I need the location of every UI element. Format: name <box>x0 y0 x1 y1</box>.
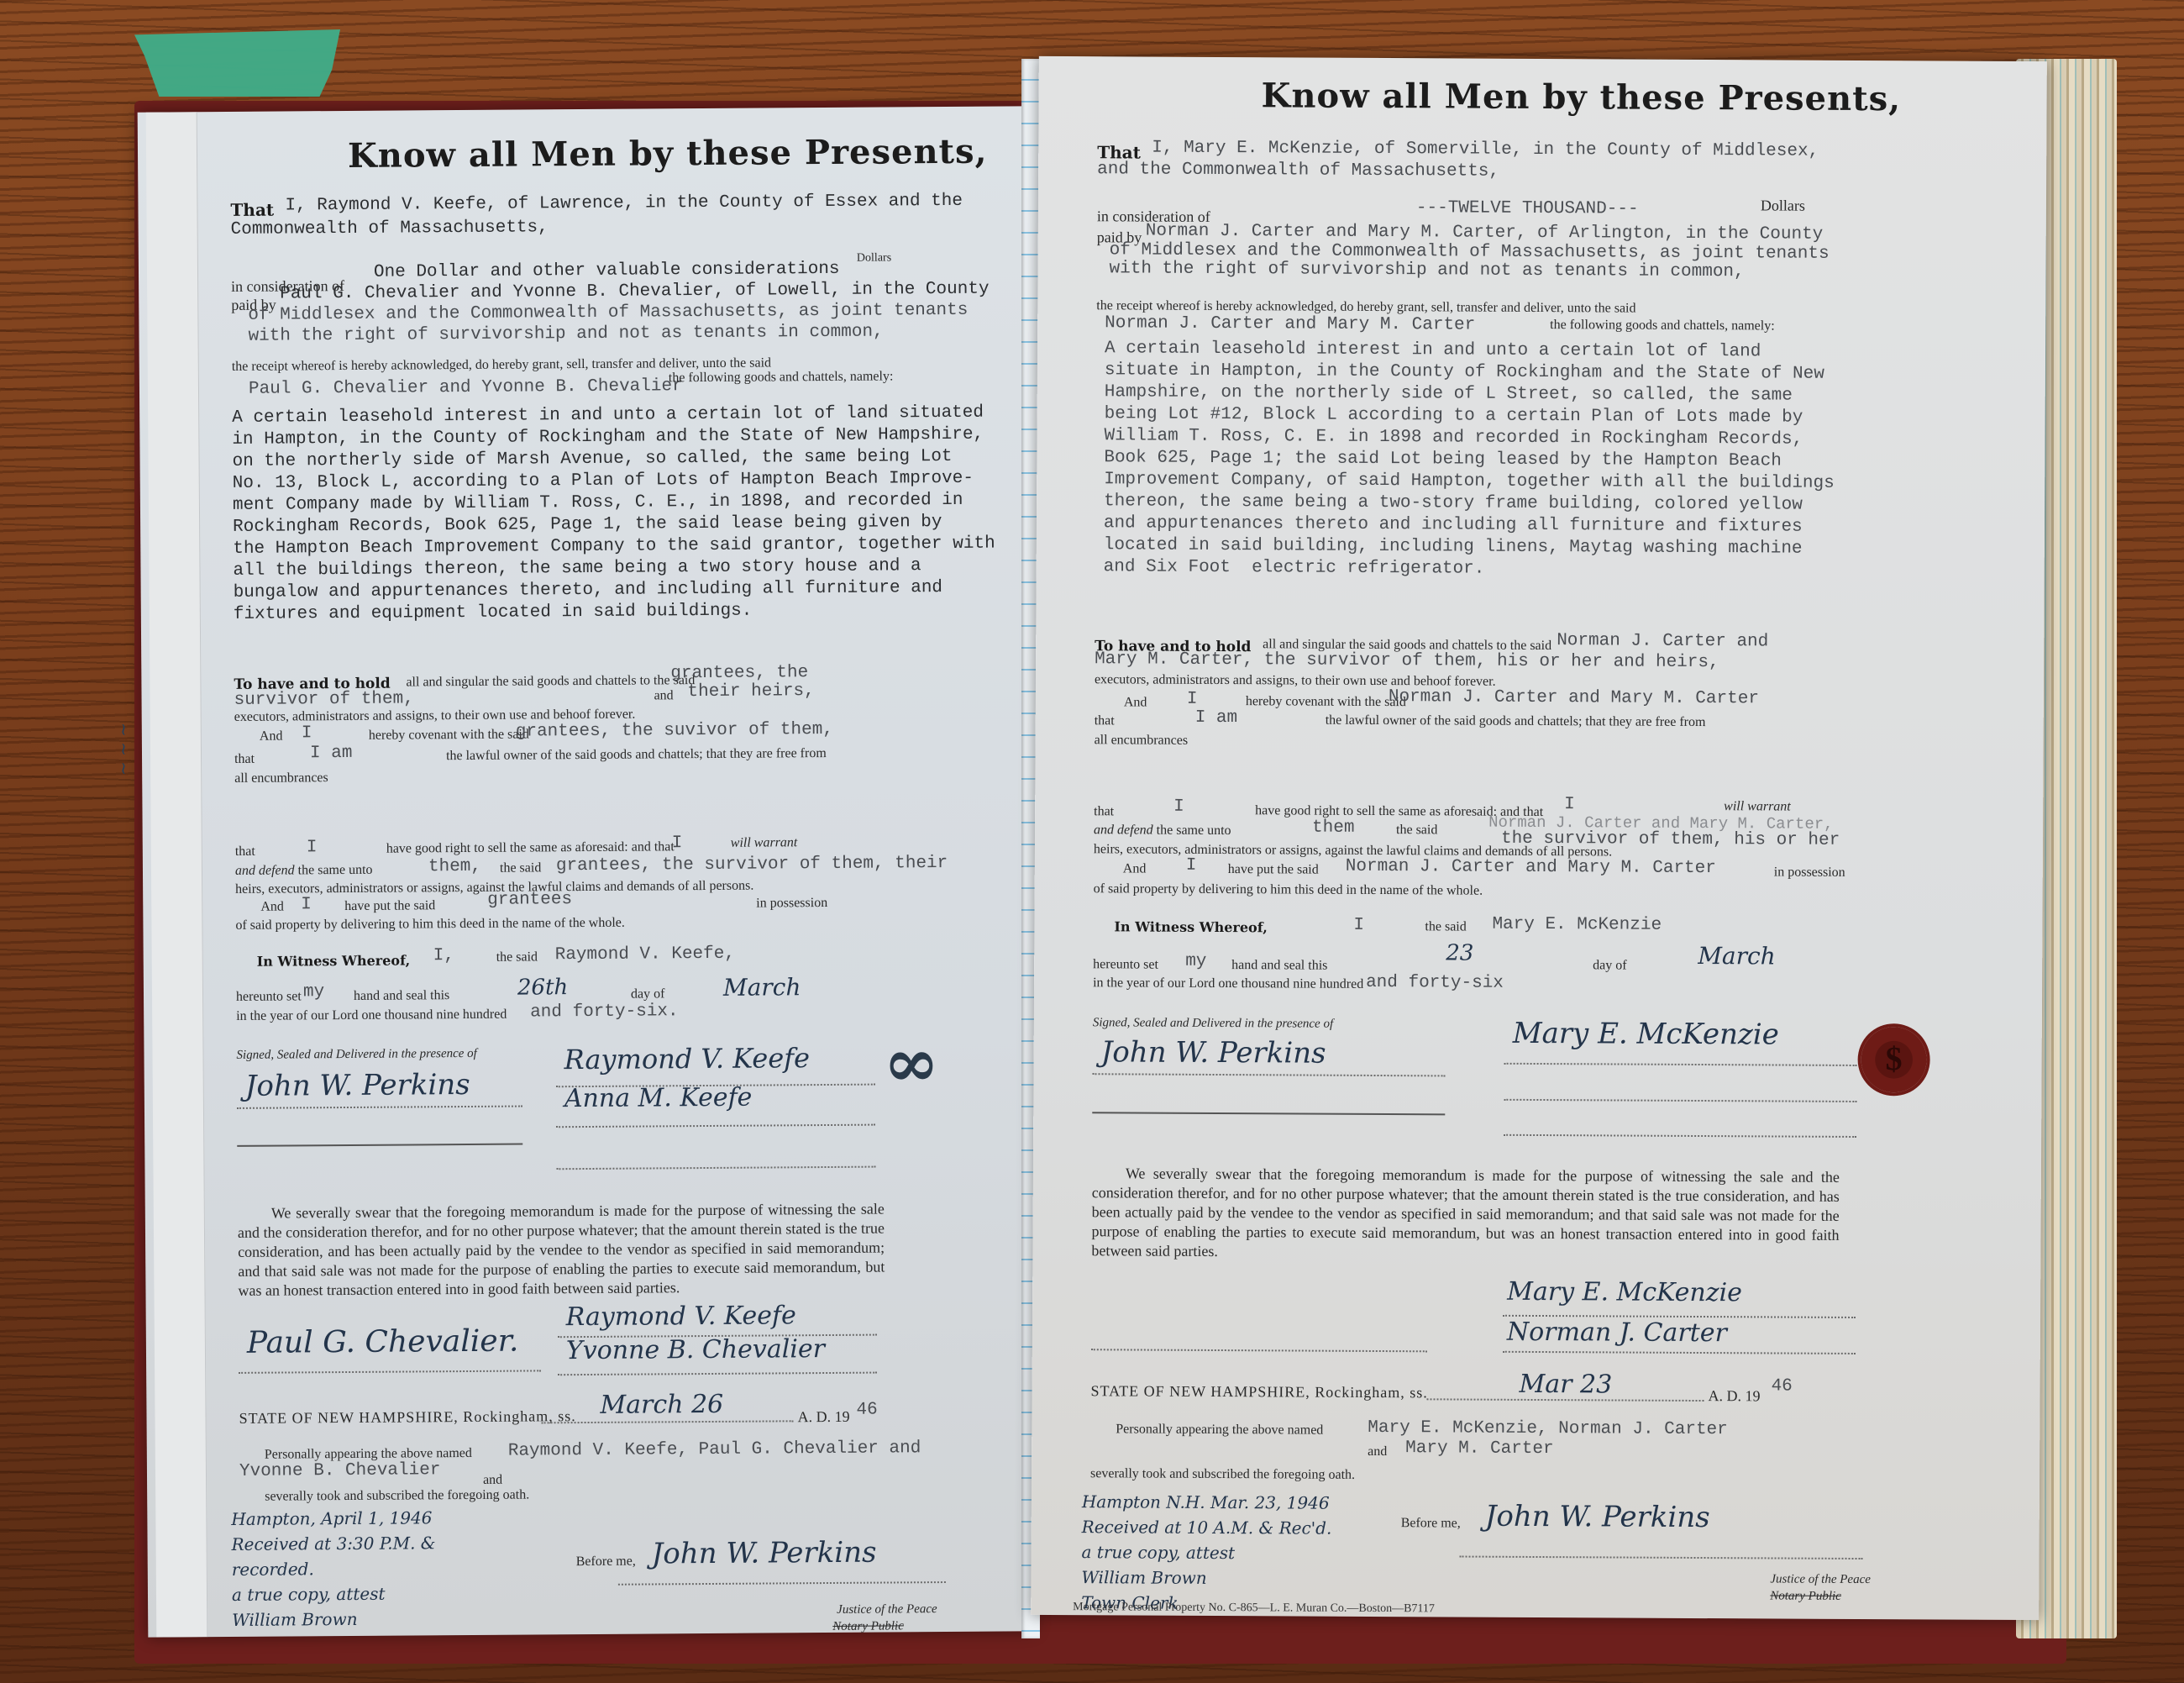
and-i-label-2: And <box>1123 861 1147 876</box>
covenant-text: hereby covenant with the said <box>369 727 529 743</box>
possession-text-1: have put the said <box>1228 862 1319 878</box>
grantor-signature-1: Raymond V. Keefe <box>564 1042 810 1076</box>
and-i-label-2: And <box>260 900 284 915</box>
possession-text-2: in possession <box>1774 865 1845 880</box>
my-typed: my <box>1185 951 1206 973</box>
month-handwritten: March <box>1698 942 1776 970</box>
grantor-signature-line-3 <box>556 1166 875 1170</box>
paid-by-line-3: with the right of survivorship and not a… <box>1109 258 1744 283</box>
goods-label: the following goods and chattels, namely… <box>669 369 894 386</box>
year-typed: and forty-six <box>1366 972 1504 995</box>
habendum-typed-1: Norman J. Carter and <box>1557 630 1768 653</box>
witness-signature-line <box>237 1106 522 1109</box>
witness-said: the said <box>496 949 538 965</box>
encumbrances-text: all encumbrances <box>1095 733 1189 749</box>
delivering-line: of said property by delivering to him th… <box>235 916 625 934</box>
that-label: That <box>230 200 274 220</box>
jp-title: Justice of the Peace <box>837 1602 937 1617</box>
form-footer: Mortgage Personal Property No. C-865—L. … <box>1073 1601 1435 1616</box>
state-line: STATE OF NEW HAMPSHIRE, Rockingham, ss. <box>1090 1382 1427 1402</box>
the-said: the said <box>1396 823 1437 838</box>
notary-struck: Notary Public <box>832 1619 904 1634</box>
that-label-2: that <box>1095 713 1115 728</box>
hand-seal: hand and seal this <box>1231 958 1327 974</box>
oath-paragraph: We severally swear that the foregoing me… <box>238 1200 885 1301</box>
state-date-handwritten: March 26 <box>600 1390 723 1420</box>
oath-signature-right-2: Norman J. Carter <box>1507 1317 1727 1348</box>
seal-dollar-icon: $ <box>1861 1039 1927 1078</box>
dollars-label: Dollars <box>857 251 891 265</box>
i-typed-3: I <box>672 833 683 855</box>
lawful-owner-text: the lawful owner of the said goods and c… <box>446 746 827 764</box>
witness-signature-line-2 <box>1092 1112 1445 1115</box>
oath-signature-line-left <box>1091 1349 1427 1352</box>
recording-note: Hampton N.H. Mar. 23, 1946 Received at 1… <box>1081 1489 1331 1617</box>
i-typed: I <box>302 723 312 744</box>
and-i-label: And <box>260 729 283 744</box>
grantor-signature-1: Mary E. McKenzie <box>1513 1017 1779 1052</box>
grantor-signature-line-3 <box>1504 1134 1856 1138</box>
property-description: A certain leasehold interest in and unto… <box>232 402 995 626</box>
notary-struck: Notary Public <box>1770 1589 1841 1603</box>
covenant-typed: Norman J. Carter and Mary M. Carter <box>1389 686 1759 710</box>
i-typed-2: I <box>307 837 318 859</box>
grantor-signature-2: Anna M. Keefe <box>564 1083 753 1114</box>
oath-signature-right-2: Yvonne B. Chevalier <box>566 1334 825 1365</box>
will-warrant: will warrant <box>1724 799 1791 814</box>
possession-typed: Norman J. Carter and Mary M. Carter <box>1346 856 1716 880</box>
and-i-label: And <box>1124 695 1147 710</box>
description-line: and Six Foot electric refrigerator. <box>1104 556 1835 582</box>
right-deed-page: Know all Men by these Presents, That I, … <box>1031 56 2047 1620</box>
oath-signature-line-right-2 <box>1503 1351 1856 1354</box>
covenant-typed: grantees, the suvivor of them, <box>516 719 833 744</box>
before-me: Before me, <box>1401 1516 1461 1531</box>
appearing-text: Personally appearing the above named <box>1116 1422 1323 1438</box>
witness-name: Mary E. McKenzie <box>1492 914 1662 937</box>
defend-label: and defend the same unto <box>235 863 373 879</box>
state-date-line <box>542 1420 794 1423</box>
heirs-typed: their heirs, <box>687 681 814 703</box>
grantor-signature-line-1 <box>1504 1063 1857 1066</box>
paid-by-line-3: with the right of survivorship and not a… <box>248 322 883 348</box>
witness-signature: John W. Perkins <box>245 1068 470 1103</box>
hand-seal: hand and seal this <box>354 988 449 1004</box>
wax-seal: $ <box>1861 1027 1926 1092</box>
that-label-3: that <box>235 844 255 860</box>
possession-text-2: in possession <box>756 896 827 912</box>
deed-title: Know all Men by these Presents, <box>348 132 988 176</box>
that-label-3: that <box>1094 804 1114 819</box>
grantor-line-2: and the Commonwealth of Massachusetts, <box>1097 159 1499 183</box>
grantee-name: Norman J. Carter and Mary M. Carter <box>1105 313 1475 336</box>
witness-label: In Witness Whereof, <box>1114 918 1268 935</box>
appearing-typed-2: Mary M. Carter <box>1405 1438 1554 1460</box>
jp-title: Justice of the Peace <box>1770 1572 1871 1587</box>
grantor-line-2: Commonwealth of Massachusetts, <box>231 217 549 241</box>
day-of: day of <box>1593 958 1627 973</box>
jp-signature-line <box>618 1581 946 1586</box>
appearing-and: and <box>1368 1444 1387 1459</box>
severally-text: severally took and subscribed the forego… <box>265 1487 529 1504</box>
hereunto-label: hereunto set <box>236 989 302 1005</box>
delivering-line: of said property by delivering to him th… <box>1094 881 1483 898</box>
recording-note: Hampton, April 1, 1946 Received at 3:30 … <box>231 1505 436 1637</box>
grantor-line-1: I, Raymond V. Keefe, of Lawrence, in the… <box>285 191 963 218</box>
witness-i: I, <box>433 945 454 967</box>
appearing-typed-2: Yvonne B. Chevalier <box>239 1459 441 1483</box>
before-me: Before me, <box>576 1554 636 1570</box>
ad-label: A. D. 19 <box>1708 1387 1760 1405</box>
state-date-handwritten: Mar 23 <box>1520 1370 1613 1400</box>
oath-signature-line-right-2 <box>558 1372 877 1376</box>
property-description: A certain leasehold interest in and unto… <box>1104 338 1835 582</box>
good-right-text: have good right to sell the same as afor… <box>386 839 675 856</box>
left-margin-strip <box>146 112 208 1637</box>
the-said: the said <box>500 860 541 876</box>
state-date-line <box>1426 1398 1704 1402</box>
day-handwritten: 26th <box>517 975 568 1000</box>
year-text: in the year of our Lord one thousand nin… <box>236 1007 507 1024</box>
state-line: STATE OF NEW HAMPSHIRE, Rockingham, ss. <box>239 1407 575 1428</box>
goods-label: the following goods and chattels, namely… <box>1550 318 1775 334</box>
will-warrant: will warrant <box>731 835 798 851</box>
margin-handwriting: ~ ~ ~ <box>101 723 134 1479</box>
oath-signature-right-1: Raymond V. Keefe <box>566 1301 796 1332</box>
deed-title: Know all Men by these Presents, <box>1261 76 1901 118</box>
that-label-2: that <box>234 752 255 767</box>
jp-signature: John W. Perkins <box>652 1536 877 1571</box>
witness-signature-line-2 <box>237 1144 522 1147</box>
left-deed-page: Know all Men by these Presents, That I, … <box>138 106 1035 1637</box>
i-am-typed: I am <box>310 743 353 765</box>
my-typed: my <box>303 981 324 1003</box>
witness-said: the said <box>1425 919 1466 934</box>
possession-typed: grantees <box>487 889 572 912</box>
jp-signature: John W. Perkins <box>1485 1500 1710 1534</box>
defend-label: and defend the same unto <box>1094 823 1231 839</box>
oath-signature-right-1: Mary E. McKenzie <box>1507 1277 1742 1307</box>
witness-signature-line <box>1093 1073 1446 1076</box>
witness-name: Raymond V. Keefe, <box>555 944 735 966</box>
dollars-label: Dollars <box>1761 197 1805 214</box>
grantor-signature-line-2 <box>1504 1099 1856 1102</box>
ad-year: 46 <box>1772 1375 1793 1397</box>
habendum-typed-2: Mary M. Carter, the survivor of them, hi… <box>1095 649 1719 674</box>
year-text: in the year of our Lord one thousand nin… <box>1093 976 1363 992</box>
signed-label: Signed, Sealed and Delivered in the pres… <box>236 1047 476 1063</box>
i-typed-4: I <box>1186 855 1197 877</box>
grantee-name: Paul G. Chevalier and Yvonne B. Chevalie… <box>249 376 683 401</box>
witness-signature: John W. Perkins <box>1101 1035 1326 1070</box>
description-line: fixtures and equipment located in said b… <box>234 599 996 626</box>
and-label: and <box>654 688 673 703</box>
severally-text: severally took and subscribed the forego… <box>1090 1466 1355 1483</box>
jp-signature-line <box>1460 1556 1863 1560</box>
day-handwritten: 23 <box>1446 940 1473 965</box>
defend-typed-1: them <box>1312 818 1355 839</box>
i-typed-4: I <box>301 894 312 916</box>
appearing-and: and <box>483 1473 502 1488</box>
hereunto-label: hereunto set <box>1093 957 1158 972</box>
month-handwritten: March <box>723 973 801 1002</box>
day-of: day of <box>631 986 665 1002</box>
possession-text-1: have put the said <box>344 898 435 914</box>
oath-paragraph: We severally swear that the foregoing me… <box>1091 1164 1840 1265</box>
defend-typed-1: them, <box>428 856 481 878</box>
green-bookmark-tape <box>134 29 340 97</box>
consideration-value: ---TWELVE THOUSAND--- <box>1416 197 1639 220</box>
year-typed: and forty-six. <box>530 1001 679 1023</box>
oath-signature-line-left <box>239 1370 541 1374</box>
habendum-text: all and singular the said goods and chat… <box>406 673 695 690</box>
witness-label: In Witness Whereof, <box>257 952 411 969</box>
ad-year: 46 <box>856 1400 877 1422</box>
encumbrances-text: all encumbrances <box>234 770 328 786</box>
i-typed-2: I <box>1173 797 1184 818</box>
covenant-text: hereby covenant with the said <box>1246 694 1406 710</box>
witness-i: I <box>1353 915 1364 937</box>
grantor-signature-line-2 <box>556 1124 875 1128</box>
seal-scribble: ∞ <box>883 1023 939 1102</box>
defend-typed-2: grantees, the survivor of them, their <box>556 853 948 877</box>
i-am-typed: I am <box>1195 707 1238 729</box>
ad-label: A. D. 19 <box>797 1408 849 1426</box>
lawful-owner-text: the lawful owner of the said goods and c… <box>1326 713 1706 730</box>
signed-label: Signed, Sealed and Delivered in the pres… <box>1093 1016 1333 1031</box>
appearing-typed-1: Raymond V. Keefe, Paul G. Chevalier and <box>508 1438 921 1462</box>
oath-signature-left: Paul G. Chevalier. <box>247 1324 519 1360</box>
